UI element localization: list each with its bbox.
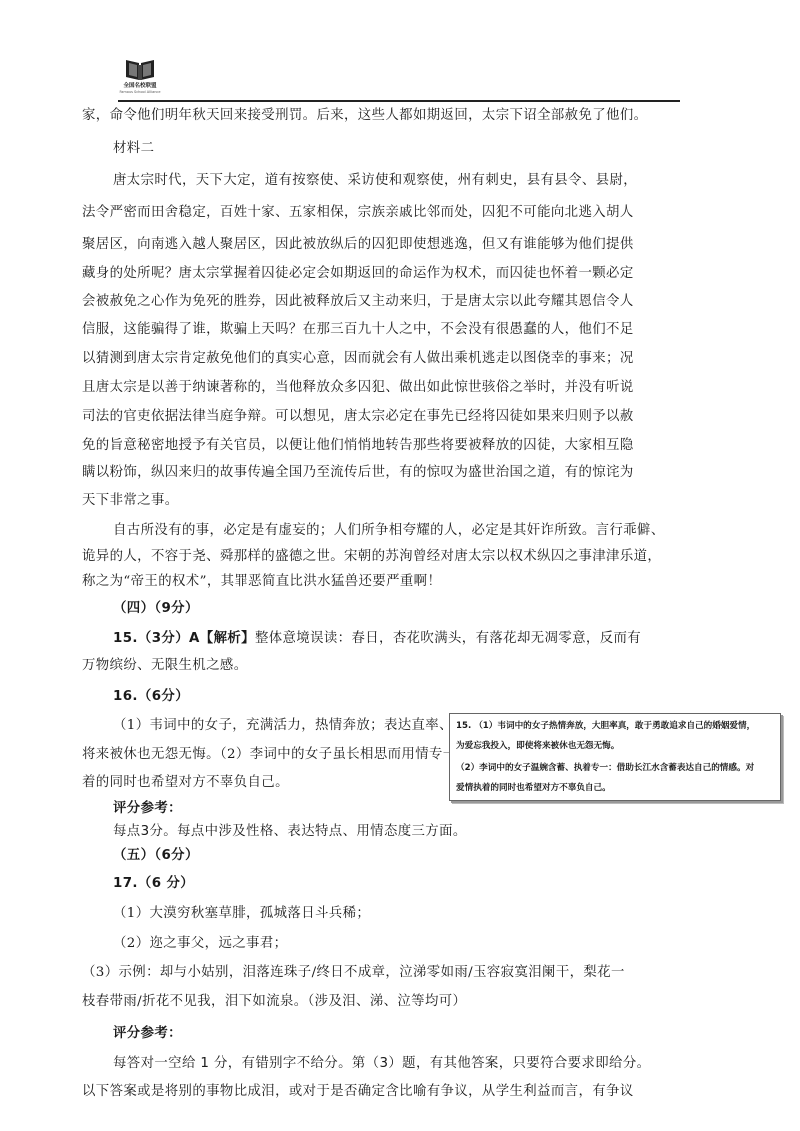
q17-answer-3: （3）示例：却与小姑别，泪落连珠子/终日不成章，泣涕零如雨/玉容寂寞泪阑干，梨花… [82, 964, 625, 982]
q16-scoring-text: 每点3分。每点中涉及性格、表达特点、用情态度三方面。 [113, 823, 467, 841]
q17-answer-3-cont: 枝春带雨/折花不见我，泪下如流泉。（涉及泪、涕、泣等均可） [82, 993, 466, 1011]
paragraph-line: 诡异的人，不容于尧、舜那样的盛德之世。宋朝的苏洵曾经对唐太宗以权术纵囚之事津津乐… [82, 548, 661, 566]
q16-scoring-title: 评分参考： [113, 800, 182, 818]
open-book-icon [124, 57, 156, 81]
paragraph-line: 会被赦免之心作为免死的胜券，因此被释放后又主动来归，于是唐太宗以此夸耀其恩信令人 [82, 293, 634, 311]
q15-line-2: 万物缤纷、无限生机之感。 [82, 657, 248, 675]
paragraph-line: 以猜测到唐太宗肯定赦免他们的真实心意，因而就会有人做出乘机逃走以图侥幸的事来；况 [82, 350, 634, 368]
paragraph-line: 法令严密而田舍稳定，百姓十家、五家相保，宗族亲戚比邻而处，囚犯不可能向北逃入胡人 [82, 204, 634, 222]
section-4-heading: （四）（9分） [113, 600, 199, 618]
paragraph-line: 天下非常之事。 [82, 492, 179, 510]
q15-head: 15.（3分）A【解析】 [113, 631, 255, 646]
body-line: 家，命令他们明年秋天回来接受刑罚。后来，这些人都如期返回，太宗下诏全部赦免了他们… [82, 107, 647, 125]
note-line: 爱情执着的同时也希望对方不辜负自己。 [456, 782, 611, 794]
header-divider [118, 100, 680, 102]
paragraph-line: 藏身的处所呢？唐太宗掌握着囚徒必定会如期返回的命运作为权术，而囚徒也怀着一颗必定 [82, 265, 634, 283]
q17-scoring-title: 评分参考： [113, 1025, 182, 1043]
note-line: 15. （1）韦词中的女子热情奔放，大胆率真，敢于勇敢追求自己的婚姻爱情， [456, 720, 755, 732]
paragraph-line: 唐太宗时代，天下大定，道有按察使、采访使和观察使，州有刺史，县有县令、县尉， [113, 172, 637, 190]
note-line: （2）李词中的女子温婉含蓄、执着专一：借助长江水含蓄表达自己的情感。对 [456, 762, 754, 774]
annotation-note-box: 15. （1）韦词中的女子热情奔放，大胆率真，敢于勇敢追求自己的婚姻爱情， 为爱… [449, 713, 781, 801]
section-5-heading: （五）（6分） [113, 847, 199, 865]
note-line: 为爱忘我投入，即使将来被休也无怨无悔。 [456, 740, 619, 752]
paragraph-line: 司法的官吏依据法律当庭争辩。可以想见，唐太宗必定在事先已经将囚徒如果来归则予以赦 [82, 408, 634, 426]
q17-answer-1: （1）大漠穷秋塞草腓，孤城落日斗兵稀； [113, 905, 370, 923]
q17-answer-2: （2）迩之事父，远之事君； [113, 935, 287, 953]
paragraph-line: 瞒以粉饰，纵囚来归的故事传遍全国乃至流传后世，有的惊叹为盛世治国之道，有的惊诧为 [82, 464, 634, 482]
school-alliance-logo: 全国名校联盟 Famous School Alliance [118, 57, 162, 99]
q17-scoring-line: 以下答案或是将别的事物比成泪，或对于是否确定含比喻有争议，从学生利益而言，有争议 [82, 1083, 634, 1101]
paragraph-line: 免的旨意秘密地授予有关官员，以便让他们悄悄地转告那些将要被释放的囚徒，大家相互隐 [82, 437, 634, 455]
paragraph-line: 且唐太宗是以善于纳谏著称的，当他释放众多囚犯、做出如此惊世骇俗之举时，并没有听说 [82, 379, 634, 397]
logo-subtext: Famous School Alliance [118, 90, 162, 94]
q16-line: 着的同时也希望对方不辜负自己。 [82, 774, 289, 792]
q15-line: 15.（3分）A【解析】整体意境误读：春日，杏花吹满头，有落花却无凋零意，反而有 [113, 630, 641, 648]
page-header: 全国名校联盟 Famous School Alliance [0, 0, 800, 103]
q16-heading: 16.（6分） [113, 688, 189, 706]
paragraph-line: 自古所没有的事，必定是有虚妄的；人们所争相夸耀的人，必定是其奸诈所致。言行乖僻、 [113, 522, 665, 540]
q17-heading: 17.（6 分） [113, 875, 194, 893]
q15-text: 整体意境误读：春日，杏花吹满头，有落花却无凋零意，反而有 [255, 631, 641, 646]
paragraph-line: 称之为“帝王的权术”，其罪恶简直比洪水猛兽还要严重啊！ [82, 573, 441, 591]
q17-scoring-line: 每答对一空给 1 分，有错别字不给分。第（3）题，有其他答案，只要符合要求即给分… [113, 1055, 650, 1073]
logo-text: 全国名校联盟 [118, 83, 162, 90]
paragraph-line: 信服，这能骗得了谁，欺骗上天吗？在那三百九十人之中，不会没有很愚蠢的人，他们不足 [82, 321, 634, 339]
material-2-title: 材料二 [113, 140, 154, 158]
paragraph-line: 聚居区，向南逃入越人聚居区，因此被放纵后的囚犯即使想逃逸，但又有谁能够为他们提供 [82, 236, 634, 254]
